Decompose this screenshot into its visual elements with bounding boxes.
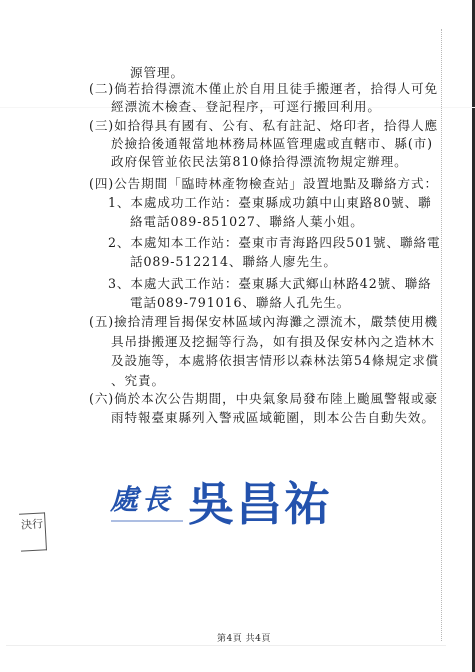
item-5-line: (五)撿拾清理旨揭保安林區域內海灘之漂流木，嚴禁使用機 bbox=[89, 315, 438, 329]
text-line: 、究責。 bbox=[111, 374, 165, 388]
item-4-line: (四)公告期間「臨時林產物檢查站」設置地點及聯絡方式： bbox=[89, 177, 438, 191]
text-line: 具吊掛搬運及挖掘等行為，如有損及保安林內之造林木 bbox=[111, 335, 435, 349]
text-line: 電話089-791016、聯絡人孔先生。 bbox=[130, 296, 350, 310]
text-line: 絡電話089-851027、聯絡人葉小姐。 bbox=[130, 215, 364, 229]
text-line: 於撿拾後通報當地林務局林區管理處或直轄市、縣(市) bbox=[111, 137, 433, 151]
item-6-line: (六)倘於本次公告期間，中央氣象局發布陸上颱風警報或豪 bbox=[89, 392, 438, 406]
subitem-3-line: 3、本處大武工作站：臺東縣大武鄉山林路42號、聯絡 bbox=[108, 277, 432, 291]
page-number: 第4頁 共4頁 bbox=[217, 631, 271, 644]
subitem-2-line: 2、本處知本工作站：臺東市青海路四段501號、聯絡電 bbox=[108, 236, 441, 250]
text-line: 雨特報臺東縣列入警戒區域範圍，則本公告自動失效。 bbox=[111, 411, 435, 425]
item-2-line: (二)倘若拾得漂流木僅止於自用且徒手搬運者，拾得人可免 bbox=[89, 82, 438, 96]
signature-underline bbox=[111, 520, 183, 522]
text-line: 及設施等，本處將依損害情形以森林法第54條規定求償 bbox=[111, 354, 439, 368]
subitem-1-line: 1、本處成功工作站：臺東縣成功鎮中山東路80號、聯 bbox=[108, 196, 432, 210]
signature-name: 吳昌祐 bbox=[188, 468, 332, 534]
text-line: 話089-512214、聯絡人廖先生。 bbox=[130, 255, 337, 269]
approval-stamp: 決行 bbox=[19, 512, 47, 551]
footer-divider bbox=[6, 645, 446, 646]
page-margin-guide bbox=[441, 29, 442, 641]
text-line: 政府保管並依民法第810條拾得漂流物規定辦理。 bbox=[111, 155, 408, 169]
signature-title: 處長 bbox=[110, 478, 174, 518]
item-3-line: (三)如拾得具有國有、公有、私有註記、烙印者，拾得人應 bbox=[89, 119, 438, 133]
text-line: 經漂流木檢查、登記程序，可逕行搬回利用。 bbox=[111, 100, 381, 114]
text-line: 源管理。 bbox=[130, 66, 184, 80]
